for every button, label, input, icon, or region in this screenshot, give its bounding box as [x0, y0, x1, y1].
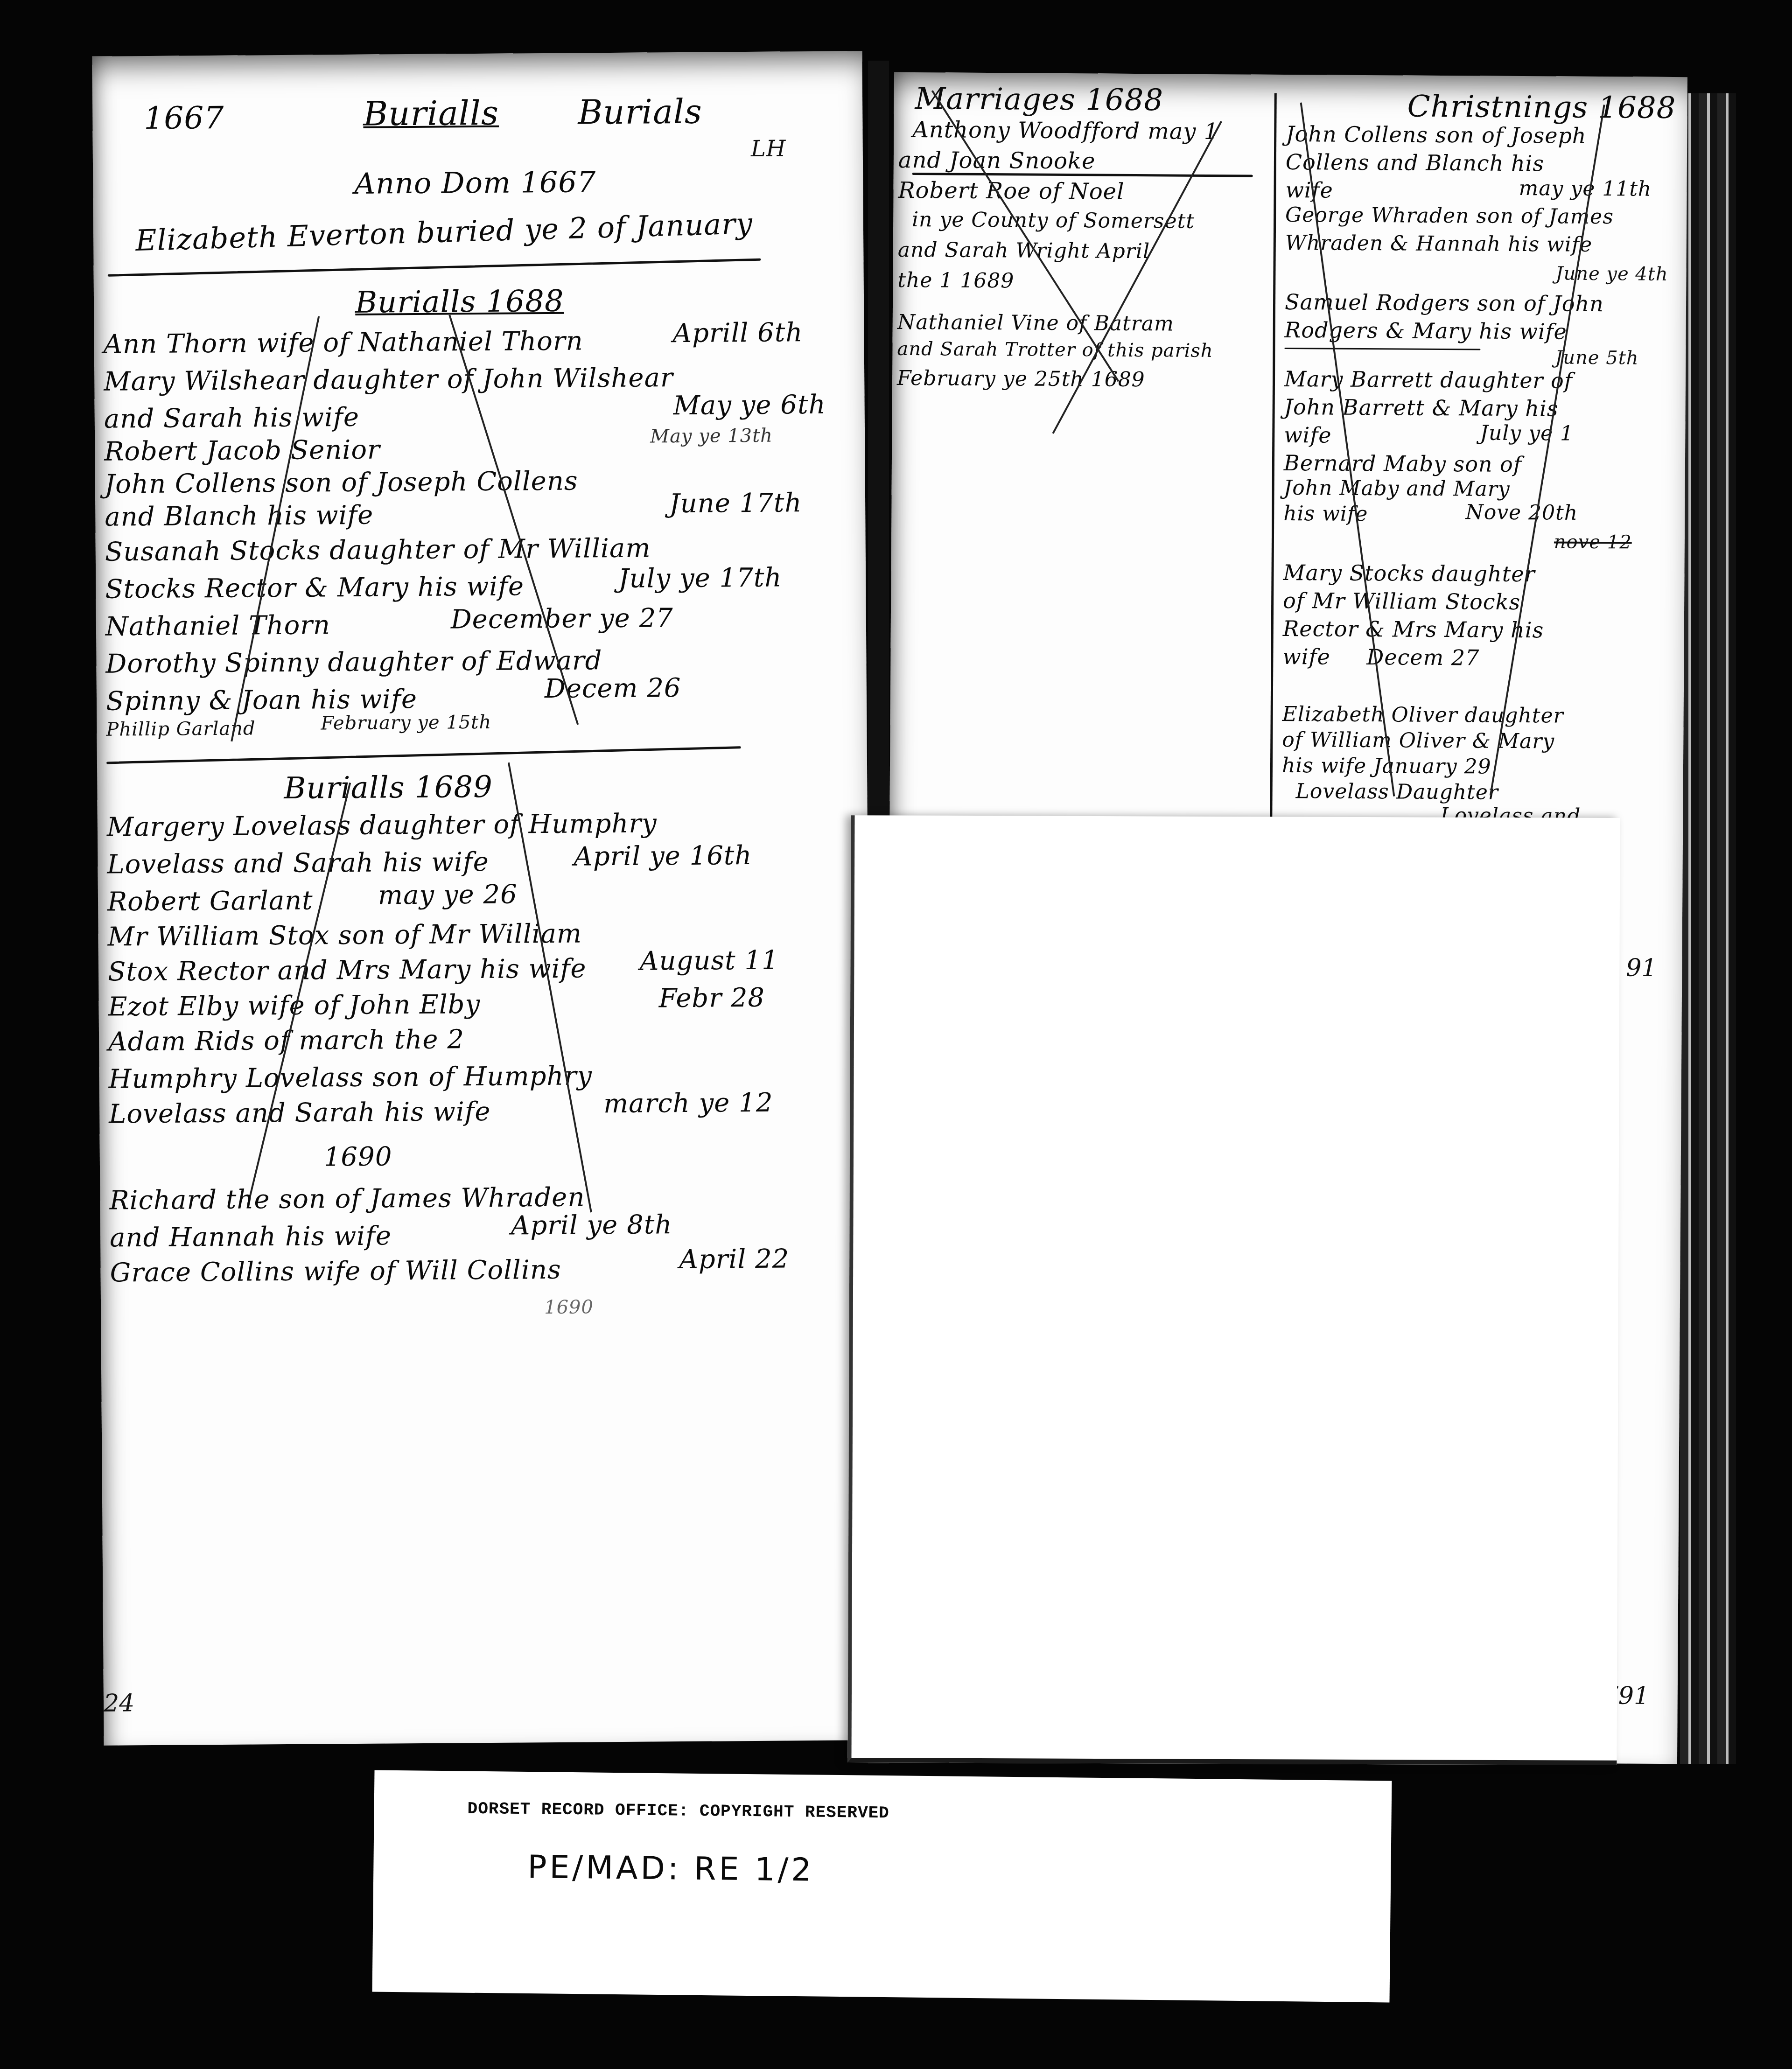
burial-date: May ye 6th	[673, 390, 826, 421]
burial-date: Decem 26	[545, 673, 681, 704]
christening-date: June ye 4th	[1555, 263, 1668, 285]
christening-line: wife	[1285, 177, 1333, 203]
burial-entry: Nathaniel Thorn	[105, 610, 331, 642]
burial-entry: Susanah Stocks daughter of Mr William	[105, 533, 651, 567]
marriages-column: Marriages 1688 Anthony Woodfford may 1 a…	[894, 72, 1687, 77]
christening-line: of Mr William Stocks	[1283, 588, 1520, 615]
christening-line: his wife January 29	[1282, 754, 1491, 779]
burial-entry: Mr William Stox son of Mr William	[107, 919, 582, 952]
burial-entry: Margery Lovelass daughter of Humphry	[107, 808, 657, 842]
burial-entry: Stox Rector and Mrs Mary his wife	[108, 953, 587, 987]
burial-entry: Grace Collins wife of Will Collins	[110, 1255, 561, 1288]
burial-entry: Stocks Rector & Mary his wife	[105, 571, 524, 604]
christening-line: Samuel Rodgers son of John	[1285, 289, 1604, 316]
christening-date: Nove 20th	[1465, 500, 1578, 524]
burial-entry: Dorothy Spinny daughter of Edward	[105, 645, 602, 679]
burials-1689-list: Margery Lovelass daughter of Humphry Lov…	[92, 51, 862, 56]
burial-date: Aprill 6th	[672, 317, 803, 349]
burial-entry: and Hannah his wife	[110, 1221, 392, 1253]
burial-entry: Robert Jacob Senior	[104, 435, 380, 467]
christening-line: Collens and Blanch his	[1286, 149, 1544, 176]
left-page: 1667 Burialls Burials LH Anno Dom 1667 E…	[92, 51, 874, 1745]
marriage-line: the 1 1689	[897, 268, 1014, 293]
marriage-line: in ye County of Somersett	[912, 208, 1195, 233]
copyright-notice: DORSET RECORD OFFICE: COPYRIGHT RESERVED	[467, 1799, 889, 1823]
margin-number-upper: 91	[1626, 954, 1657, 982]
marriage-line: Nathaniel Vine of Batram	[897, 310, 1174, 336]
blank-paper-slip	[847, 815, 1620, 1765]
heading-1690: 1690	[324, 1141, 392, 1172]
christening-line: Rector & Mrs Mary his	[1283, 616, 1544, 643]
divider-rule	[912, 173, 1253, 177]
burial-date: April 22	[679, 1244, 789, 1275]
title-burialls: Burialls	[363, 93, 499, 133]
burials-1690-list: Richard the son of James Whraden and Han…	[92, 51, 862, 56]
heading-marriages: Marriages 1688	[915, 82, 1163, 118]
burial-entry: and Blanch his wife	[105, 500, 374, 532]
burial-date: April ye 8th	[511, 1209, 672, 1241]
christening-line: Elizabeth Oliver daughter	[1282, 702, 1564, 728]
burial-entry: and Sarah his wife	[104, 402, 360, 434]
burial-date: August 11	[640, 945, 779, 977]
marriage-line: and Sarah Wright April	[898, 238, 1150, 263]
divider-rule	[106, 746, 741, 764]
burial-entry: John Collens son of Joseph Collens	[105, 466, 578, 500]
divider-rule	[1284, 348, 1480, 350]
christenings-column: Christnings 1688 John Collens son of Jos…	[894, 72, 1687, 77]
christening-line: wife	[1282, 644, 1330, 670]
heading-burials-1688: Burialls 1688	[355, 284, 564, 320]
heading-burials-1689: Burialls 1689	[284, 770, 493, 806]
burial-date: February ye 15th	[321, 712, 491, 734]
burial-date: June 17th	[669, 488, 802, 519]
entry-1667: Elizabeth Everton buried ye 2 of January	[135, 206, 753, 258]
marriage-line: and Joan Snooke	[898, 147, 1096, 175]
struck-note: nove 12	[1554, 531, 1632, 553]
christening-date: June 5th	[1555, 347, 1639, 369]
page-number: 24	[104, 1689, 135, 1717]
marriage-line: Robert Roe of Noel	[898, 177, 1124, 205]
heading-christenings: Christnings 1688	[1407, 90, 1676, 126]
archive-reference: PE/MAD: RE 1/2	[527, 1849, 814, 1888]
christening-date: Decem 27	[1366, 644, 1479, 670]
divider-rule	[108, 259, 761, 277]
burial-date: Febr 28	[658, 983, 765, 1014]
christening-line: wife	[1284, 422, 1332, 448]
burial-date: May ye 13th	[650, 425, 773, 447]
title-burials: Burials	[578, 92, 702, 132]
christening-line: Mary Barrett daughter of	[1284, 366, 1573, 393]
burial-entry: Spinny & Joan his wife	[106, 684, 417, 717]
christening-date: July ye 1	[1480, 421, 1574, 446]
burial-entry: Ann Thorn wife of Nathaniel Thorn	[103, 326, 583, 359]
christening-line: Rodgers & Mary his wife	[1285, 317, 1568, 344]
christening-line: Mary Stocks daughter	[1283, 560, 1535, 587]
archive-label-card: DORSET RECORD OFFICE: COPYRIGHT RESERVED…	[372, 1770, 1392, 2003]
burial-date: December ye 27	[451, 603, 673, 635]
christening-date: may ye 11th	[1519, 176, 1652, 201]
christening-line: John Collens son of Joseph	[1286, 121, 1587, 148]
burial-date: may ye 26	[378, 879, 518, 910]
christening-line: of William Oliver & Mary	[1282, 728, 1554, 754]
marriage-line: February ye 25th 1689	[897, 366, 1145, 391]
burial-date: march ye 12	[603, 1088, 773, 1119]
column-divider	[1270, 93, 1277, 859]
page-edges	[1680, 93, 1736, 1764]
christening-line: John Barrett & Mary his	[1284, 394, 1559, 421]
christening-line: John Maby and Mary	[1283, 476, 1510, 501]
burials-1688-list: Ann Thorn wife of Nathaniel Thorn Aprill…	[92, 51, 862, 56]
burial-date: April ye 16th	[574, 840, 752, 872]
christening-line: Bernard Maby son of	[1284, 450, 1522, 477]
burial-entry: Robert Garlant	[107, 886, 313, 917]
burial-entry: Humphry Lovelass son of Humphry	[108, 1061, 592, 1094]
margin-note-lh: LH	[751, 135, 786, 162]
burial-entry: Lovelass and Sarah his wife	[107, 847, 489, 880]
christening-line: Lovelass Daughter	[1296, 779, 1498, 804]
burial-entry: Mary Wilshear daughter of John Wilshear	[104, 363, 673, 397]
marriage-line: and Sarah Trotter of this parish	[897, 338, 1213, 362]
christening-line: George Whraden son of James	[1285, 203, 1614, 229]
anno-domini-line: Anno Dom 1667	[354, 165, 596, 201]
christening-line: Whraden & Hannah his wife	[1285, 231, 1593, 257]
faint-year-note: 1690	[544, 1296, 594, 1318]
year-corner: 1667	[144, 100, 224, 136]
burial-entry: Lovelass and Sarah his wife	[109, 1097, 491, 1130]
burial-date: July ye 17th	[618, 563, 782, 594]
